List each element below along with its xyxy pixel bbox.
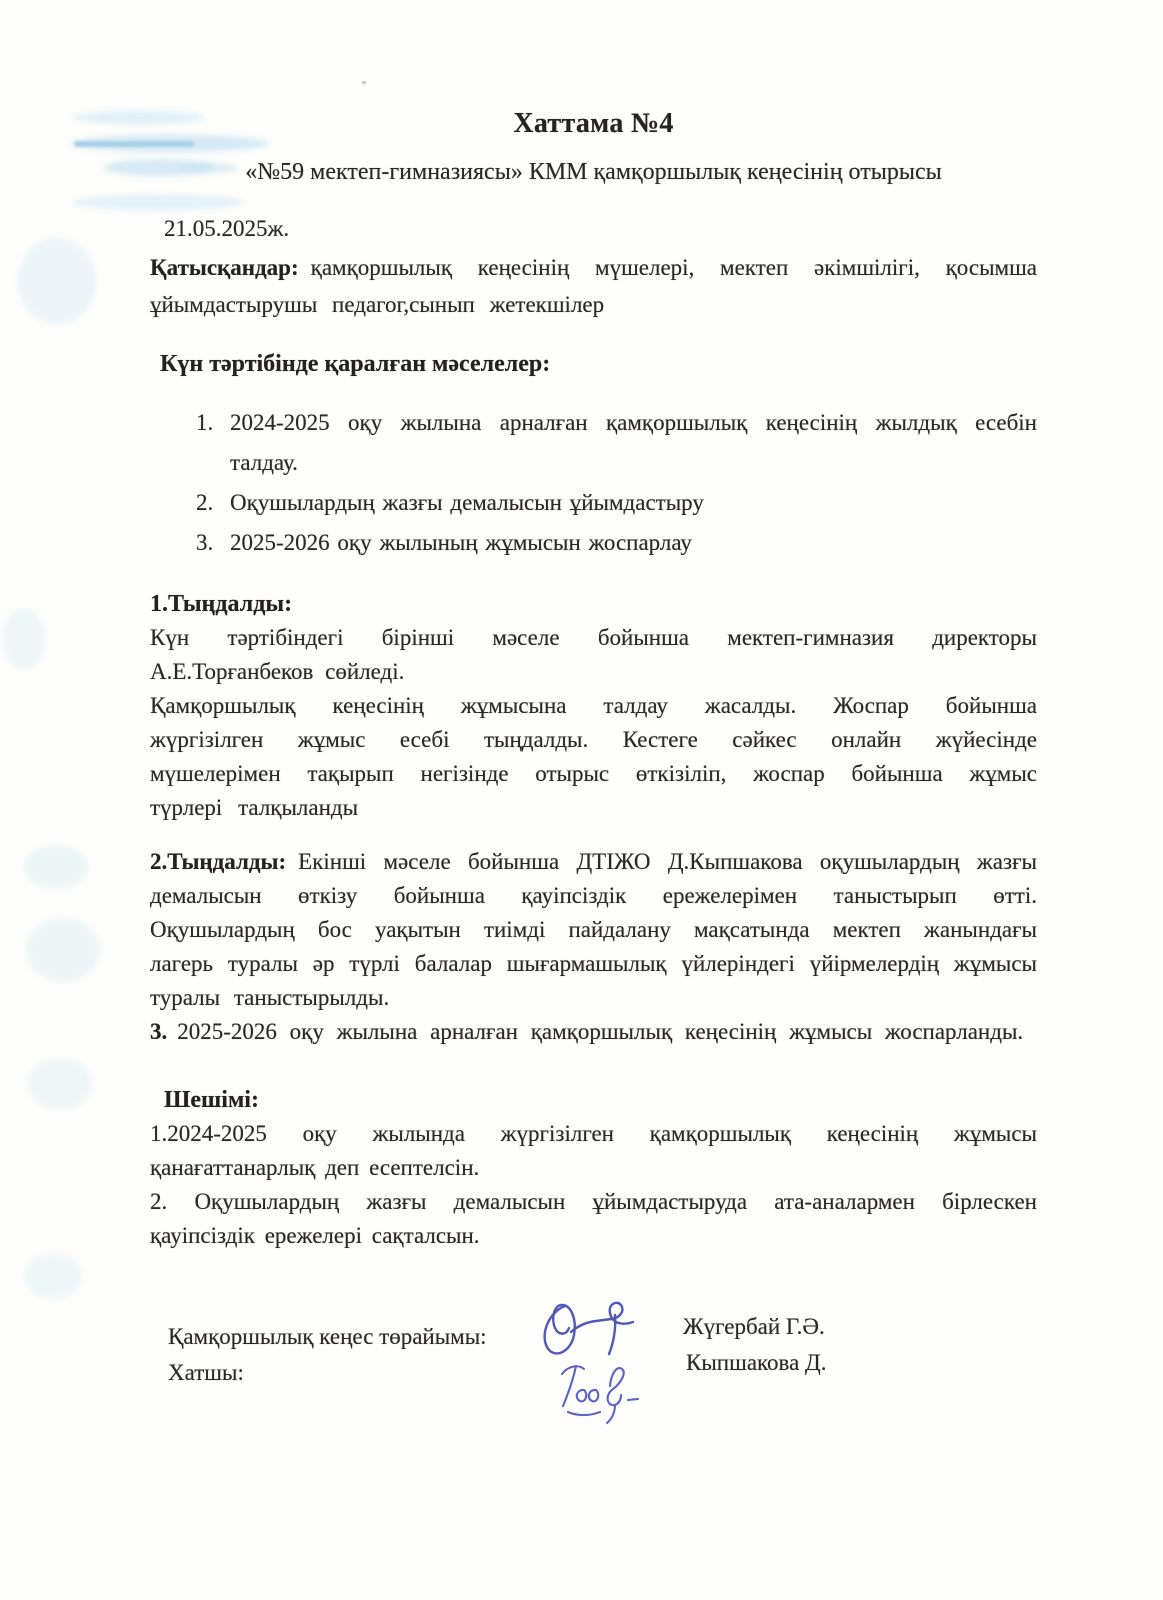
agenda-item-number: 2. bbox=[196, 483, 213, 523]
agenda-item-number: 3. bbox=[196, 523, 213, 563]
secretary-signature bbox=[552, 1354, 648, 1432]
ink-bleed-smudge bbox=[28, 1058, 92, 1110]
decision-item-1: 1.2024-2025 оқу жылында жүргізілген қамқ… bbox=[150, 1117, 1037, 1185]
section-2-item-3-number: 3. bbox=[150, 1019, 167, 1044]
agenda-item: 1. 2024-2025 оқу жылына арналған қамқорш… bbox=[150, 403, 1037, 483]
document-content: Хаттама №4 «№59 мектеп-гимназиясы» КММ қ… bbox=[150, 0, 1037, 1458]
secretary-signature-label: Хатшы: bbox=[168, 1358, 244, 1388]
secretary-name: Кыпшакова Д. bbox=[686, 1348, 826, 1378]
agenda-item-number: 1. bbox=[196, 403, 213, 443]
chairman-signature-label: Қамқоршылық кеңес төрайымы: bbox=[168, 1322, 487, 1352]
signature-block: Қамқоршылық кеңес төрайымы: Хатшы: bbox=[150, 1308, 1037, 1458]
section-2-item-3: 3.2025-2026 оқу жылына арналған қамқоршы… bbox=[150, 1015, 1037, 1049]
decision-heading: Шешімі: bbox=[150, 1083, 1037, 1117]
section-1-paragraph: Күн тәртібіндегі бірінші мәселе бойынша … bbox=[150, 621, 1037, 689]
section-1-heading: 1.Тыңдалды: bbox=[150, 587, 1037, 621]
agenda-item-text: 2024-2025 оқу жылына арналған қамқоршылы… bbox=[230, 410, 1037, 475]
scanned-document-page: Хаттама №4 «№59 мектеп-гимназиясы» КММ қ… bbox=[0, 0, 1163, 1600]
decision-item-2: 2. Оқушылардың жазғы демалысын ұйымдасты… bbox=[150, 1185, 1037, 1253]
ink-bleed-smudge bbox=[18, 238, 96, 324]
participants-label: Қатысқандар: bbox=[150, 255, 299, 280]
ink-bleed-smudge bbox=[2, 608, 46, 670]
section-2-item-3-text: 2025-2026 оқу жылына арналған қамқоршылы… bbox=[177, 1019, 1023, 1044]
meeting-date: 21.05.2025ж. bbox=[150, 212, 1037, 246]
agenda-item: 2. Оқушылардың жазғы демалысын ұйымдасты… bbox=[150, 483, 1037, 523]
document-subtitle: «№59 мектеп-гимназиясы» КММ қамқоршылық … bbox=[150, 156, 1037, 188]
agenda-list: 1. 2024-2025 оқу жылына арналған қамқорш… bbox=[150, 403, 1037, 563]
ink-bleed-smudge bbox=[26, 918, 100, 982]
ink-bleed-smudge bbox=[24, 845, 88, 889]
agenda-item: 3. 2025-2026 оқу жылының жұмысын жоспарл… bbox=[150, 523, 1037, 563]
section-1-paragraph: Қамқоршылық кеңесінің жұмысына талдау жа… bbox=[150, 689, 1037, 825]
agenda-heading: Күн тәртібінде қаралған мәселелер: bbox=[150, 347, 1037, 381]
document-title: Хаттама №4 bbox=[150, 106, 1037, 142]
ink-bleed-smudge bbox=[24, 1253, 82, 1299]
section-2-heading: 2.Тыңдалды: bbox=[150, 849, 286, 874]
section-2-paragraph: 2.Тыңдалды:Екінші мәселе бойынша ДТІЖО Д… bbox=[150, 845, 1037, 1015]
chairman-name: Жүгербай Г.Ә. bbox=[683, 1312, 825, 1342]
agenda-item-text: 2025-2026 оқу жылының жұмысын жоспарлау bbox=[230, 530, 692, 555]
participants-paragraph: Қатысқандар:қамқоршылық кеңесінің мүшеле… bbox=[150, 249, 1037, 323]
agenda-item-text: Оқушылардың жазғы демалысын ұйымдастыру bbox=[230, 490, 704, 515]
